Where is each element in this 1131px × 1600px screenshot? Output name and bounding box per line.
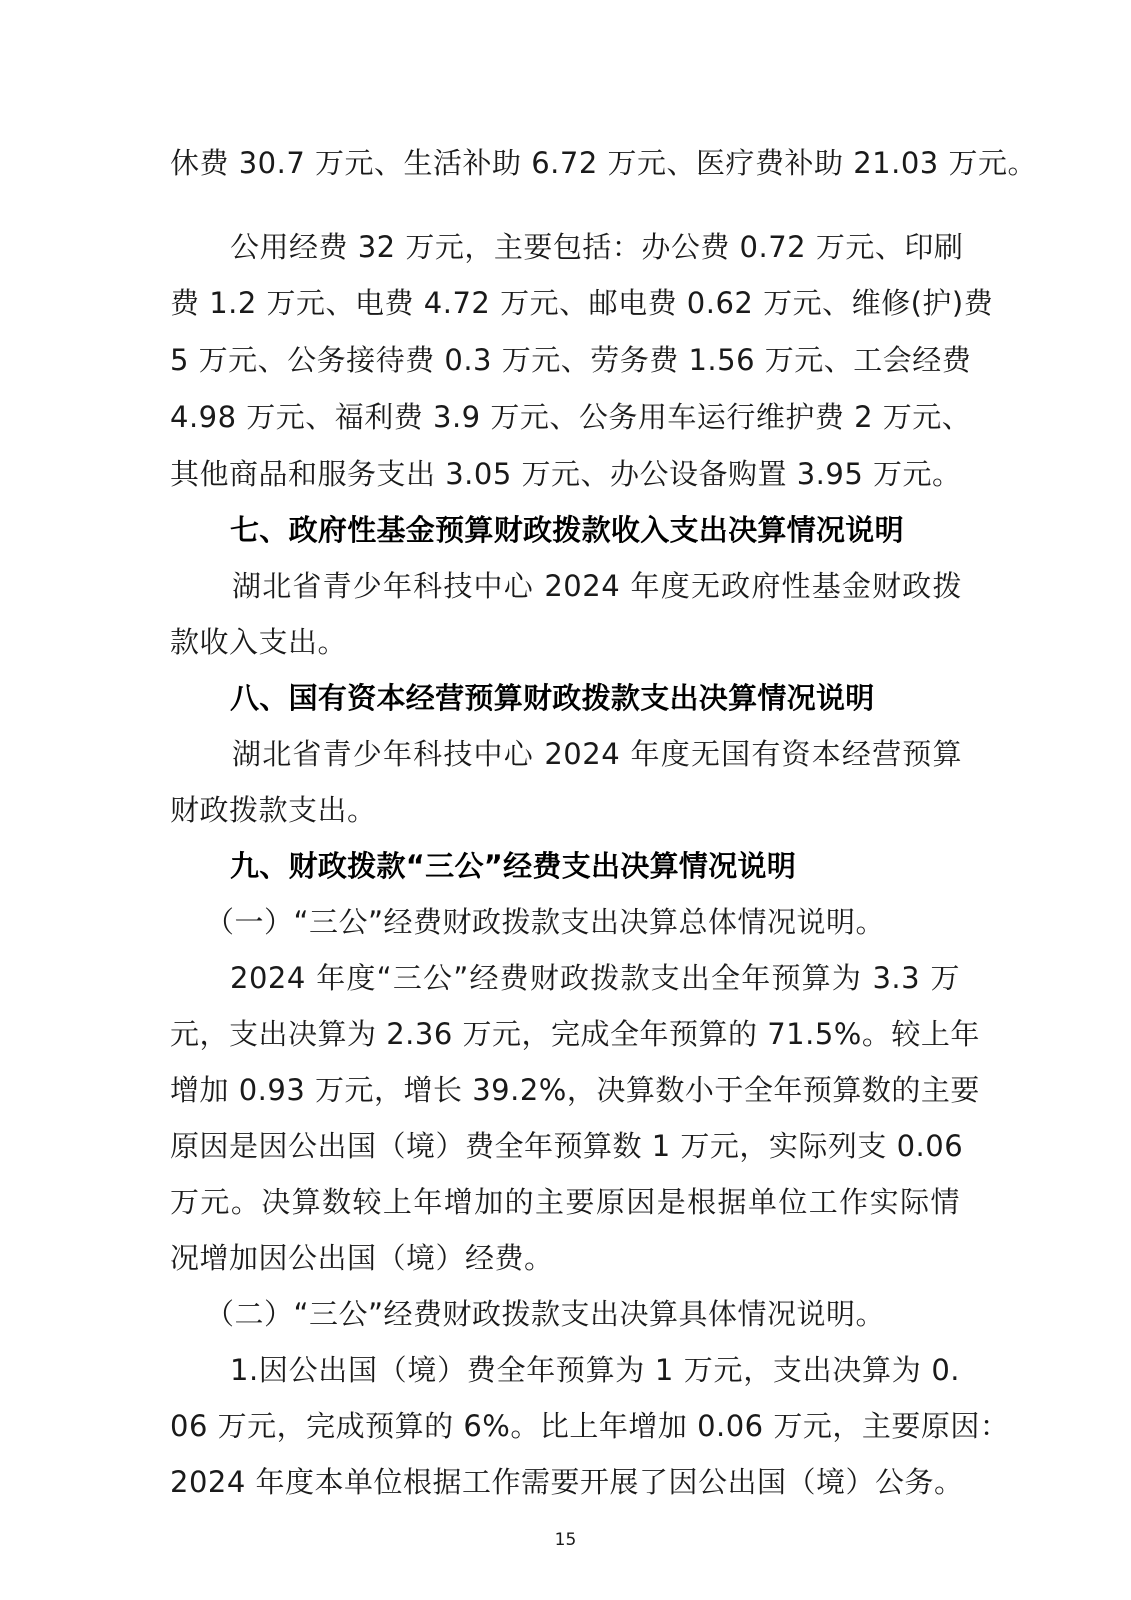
paragraph-line: 元，支出决算为 2.36 万元，完成全年预算的 71.5%。较上年: [170, 1014, 960, 1054]
paragraph-line: 财政拨款支出。: [170, 790, 960, 830]
paragraph-line: 费 1.2 万元、电费 4.72 万元、邮电费 0.62 万元、维修(护)费: [170, 283, 960, 323]
paragraph-line: 增加 0.93 万元，增长 39.2%，决算数小于全年预算数的主要: [170, 1070, 960, 1110]
paragraph-line: 2024 年度本单位根据工作需要开展了因公出国（境）公务。: [170, 1462, 960, 1502]
subsection-heading-2: （二）“三公”经费财政拨款支出决算具体情况说明。: [205, 1294, 965, 1334]
paragraph-line: 2024 年度“三公”经费财政拨款支出全年预算为 3.3 万: [230, 958, 960, 998]
paragraph-line: 休费 30.7 万元、生活补助 6.72 万元、医疗费补助 21.03 万元。: [170, 143, 960, 183]
section-heading-7: 七、政府性基金预算财政拨款收入支出决算情况说明: [230, 510, 960, 550]
paragraph-line: 公用经费 32 万元，主要包括：办公费 0.72 万元、印刷: [230, 227, 960, 267]
paragraph-line: 5 万元、公务接待费 0.3 万元、劳务费 1.56 万元、工会经费: [170, 340, 960, 380]
paragraph-line: 湖北省青少年科技中心 2024 年度无政府性基金财政拨: [232, 566, 962, 606]
section-heading-9: 九、财政拨款“三公”经费支出决算情况说明: [230, 846, 960, 886]
section-heading-8: 八、国有资本经营预算财政拨款支出决算情况说明: [230, 678, 960, 718]
paragraph-line: 4.98 万元、福利费 3.9 万元、公务用车运行维护费 2 万元、: [170, 397, 960, 437]
paragraph-line: 款收入支出。: [170, 622, 960, 662]
paragraph-line: 1.因公出国（境）费全年预算为 1 万元，支出决算为 0.: [230, 1350, 960, 1390]
paragraph-line: 湖北省青少年科技中心 2024 年度无国有资本经营预算: [232, 734, 962, 774]
paragraph-line: 其他商品和服务支出 3.05 万元、办公设备购置 3.95 万元。: [170, 454, 960, 494]
paragraph-line: 原因是因公出国（境）费全年预算数 1 万元，实际列支 0.06: [170, 1126, 960, 1166]
page-number: 15: [0, 1530, 1131, 1550]
subsection-heading-1: （一）“三公”经费财政拨款支出决算总体情况说明。: [205, 902, 965, 942]
document-page: 休费 30.7 万元、生活补助 6.72 万元、医疗费补助 21.03 万元。 …: [0, 0, 1131, 1600]
paragraph-line: 况增加因公出国（境）经费。: [170, 1238, 960, 1278]
paragraph-line: 06 万元，完成预算的 6%。比上年增加 0.06 万元，主要原因：: [170, 1406, 960, 1446]
paragraph-line: 万元。决算数较上年增加的主要原因是根据单位工作实际情: [170, 1182, 960, 1222]
